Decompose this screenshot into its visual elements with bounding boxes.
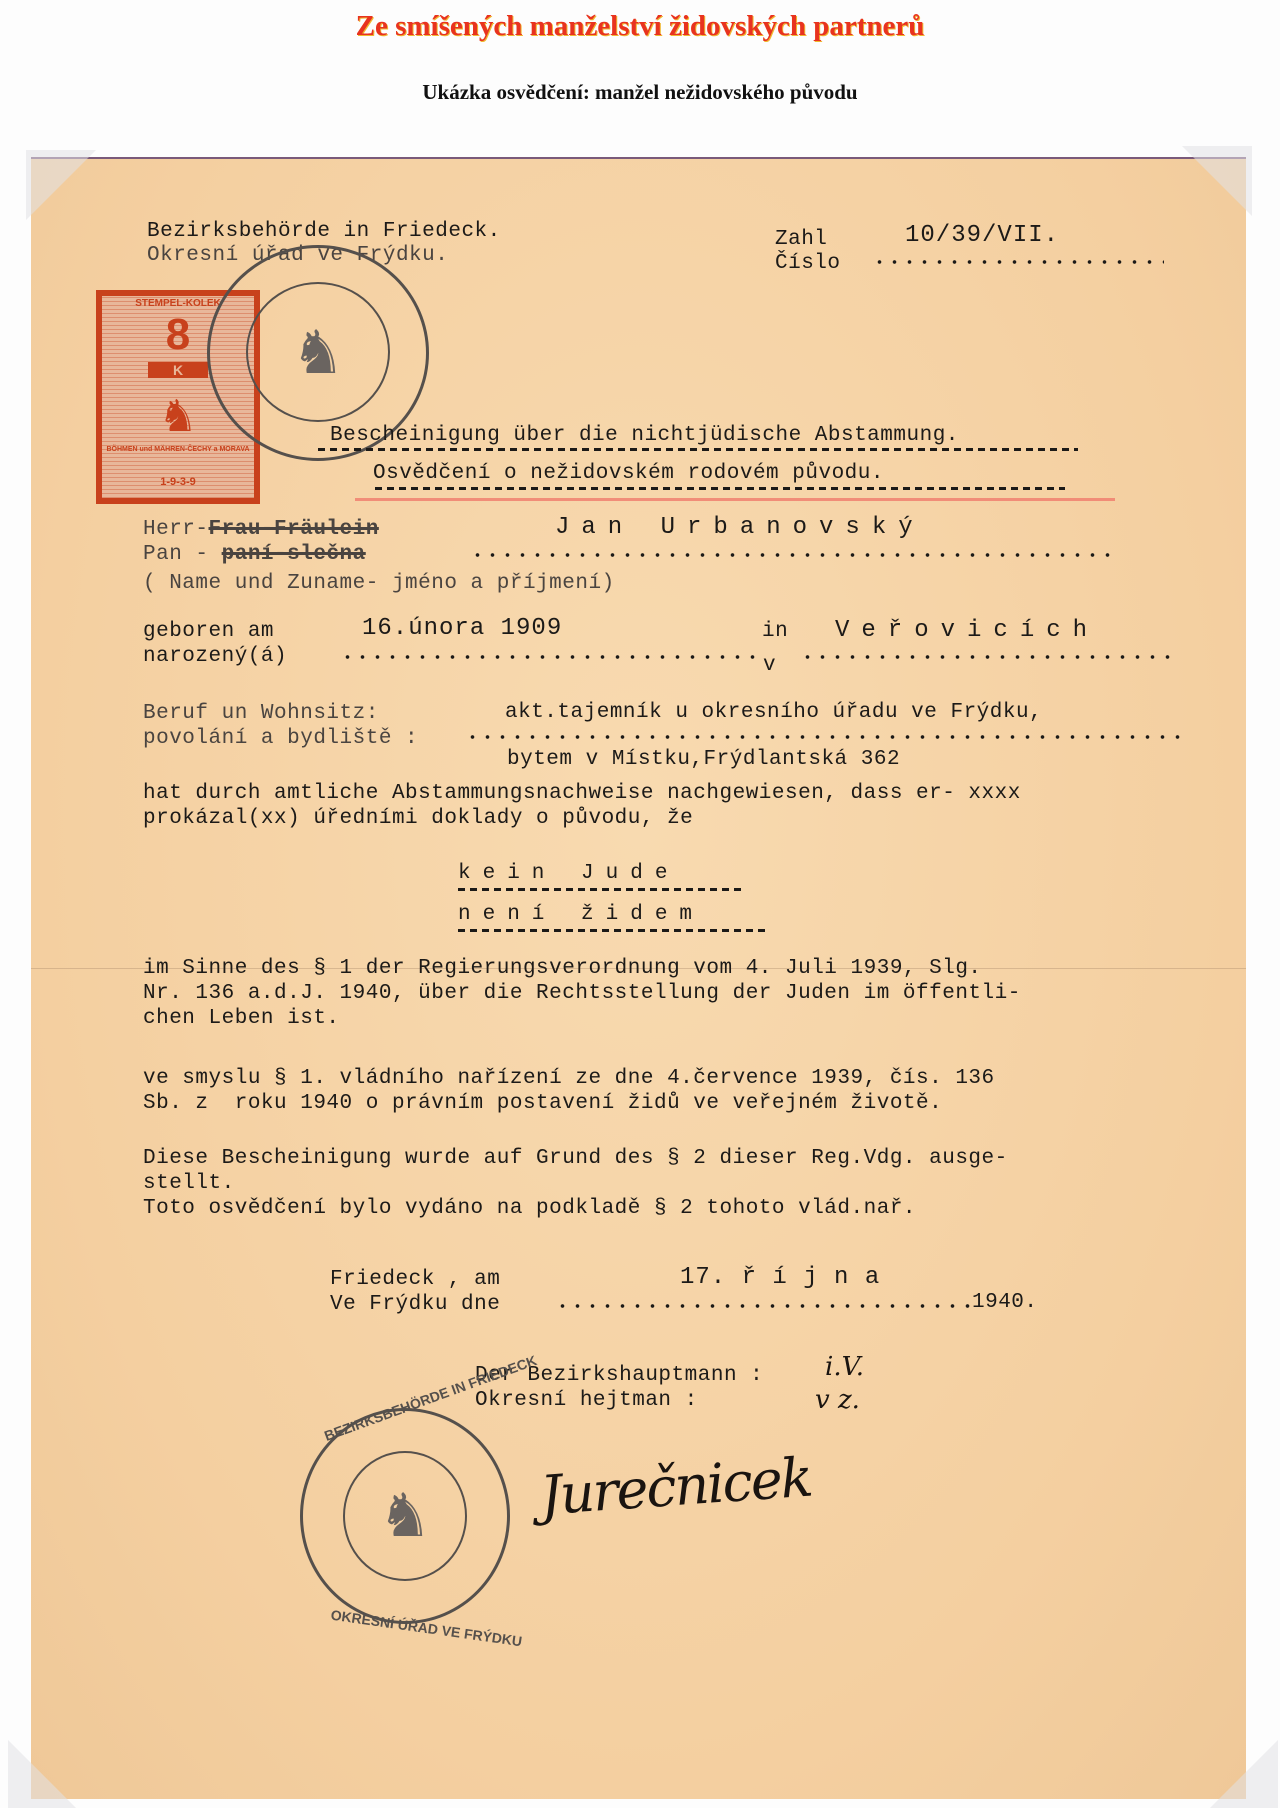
number-value: 10/39/VII. bbox=[905, 222, 1059, 249]
result-de-underline bbox=[458, 888, 743, 891]
born-date-dotted-line bbox=[340, 655, 760, 659]
name-caption: ( Name und Zuname- jméno a příjmení) bbox=[143, 572, 615, 595]
born-place: Veřovicích bbox=[835, 617, 1099, 644]
occupation-label-de: Beruf un Wohnsitz: bbox=[143, 702, 379, 725]
residence-value: bytem v Místku,Frýdlantská 362 bbox=[507, 748, 900, 771]
legal-de-line-1: im Sinne des § 1 der Regierungsverordnun… bbox=[143, 957, 982, 980]
issued-cz: Toto osvědčení bylo vydáno na podkladě §… bbox=[143, 1197, 916, 1220]
result-cz-underline bbox=[458, 929, 768, 932]
result-cz: není židem bbox=[458, 903, 704, 926]
page-subtitle: Ukázka osvědčení: manžel nežidovského pů… bbox=[0, 80, 1280, 105]
place-cz: Ve Frýdku dne bbox=[330, 1293, 500, 1316]
place-de: Friedeck , am bbox=[330, 1268, 500, 1291]
legal-cz-line-2: Sb. z roku 1940 o právním postavení židů… bbox=[143, 1092, 942, 1115]
heading-cz-underline bbox=[375, 487, 1065, 490]
revenue-stamp-side-text: BÖHMEN und MÄHREN-ČECHY a MORAVA bbox=[102, 446, 254, 453]
born-in-de: in bbox=[762, 620, 788, 643]
legal-de-line-3: chen Leben ist. bbox=[143, 1007, 340, 1030]
revenue-stamp-currency: K bbox=[148, 362, 208, 378]
official-title-cz: Okresní hejtman : bbox=[475, 1389, 698, 1412]
born-label-cz: narozený(á) bbox=[143, 645, 287, 668]
salutation-de: Herr-Frau-Fräulein bbox=[143, 518, 379, 541]
occupation-label-cz: povolání a bydliště : bbox=[143, 727, 418, 750]
result-de: kein Jude bbox=[458, 862, 679, 885]
legal-de-line-2: Nr. 136 a.d.J. 1940, über die Rechtsstel… bbox=[143, 982, 1021, 1005]
proof-cz: prokázal(xx) úředními doklady o původu, … bbox=[143, 807, 693, 830]
red-pencil-underline bbox=[355, 498, 1115, 501]
number-label-cz: Číslo bbox=[775, 252, 841, 275]
person-name: Jan Urbanovský bbox=[555, 514, 925, 541]
handwritten-mark-iv: i.V. bbox=[825, 1352, 864, 1382]
issued-de-line-2: stellt. bbox=[143, 1172, 235, 1195]
page-title: Ze smíšených manželství židovských partn… bbox=[0, 10, 1280, 43]
heading-de-underline bbox=[318, 448, 1078, 451]
revenue-stamp-year: 1-9-3-9 bbox=[102, 476, 254, 488]
salutation-cz: Pan - paní-slečna bbox=[143, 543, 366, 566]
issued-de-line-1: Diese Bescheinigung wurde auf Grund des … bbox=[143, 1147, 1008, 1170]
born-label-de: geboren am bbox=[143, 620, 274, 643]
issue-date: 17. ř í j n a bbox=[680, 1264, 880, 1291]
number-label-de: Zahl bbox=[775, 228, 827, 251]
lion-icon: ♞ bbox=[378, 1481, 432, 1551]
born-place-dotted-line bbox=[800, 655, 1180, 659]
occupation-value: akt.tajemník u okresního úřadu ve Frýdku… bbox=[505, 701, 1042, 724]
heading-de: Bescheinigung über die nichtjüdische Abs… bbox=[330, 424, 959, 447]
name-dotted-line bbox=[470, 553, 1110, 557]
authority-de: Bezirksbehörde in Friedeck. bbox=[147, 220, 501, 243]
number-dotted-line bbox=[872, 260, 1164, 264]
proof-de: hat durch amtliche Abstammungsnachweise … bbox=[143, 782, 1021, 805]
born-date: 16.února 1909 bbox=[362, 615, 562, 642]
heading-cz: Osvědčení o nežidovském rodovém původu. bbox=[373, 462, 884, 485]
lion-icon: ♞ bbox=[291, 318, 345, 388]
born-in-cz: v bbox=[763, 654, 776, 677]
occupation-dotted-line bbox=[465, 735, 1180, 739]
legal-cz-line-1: ve smyslu § 1. vládního nařízení ze dne … bbox=[143, 1067, 995, 1090]
issue-date-dotted-line bbox=[555, 1304, 975, 1308]
handwritten-mark-vz: v z. bbox=[815, 1385, 860, 1415]
issue-year: 1940. bbox=[972, 1291, 1038, 1314]
